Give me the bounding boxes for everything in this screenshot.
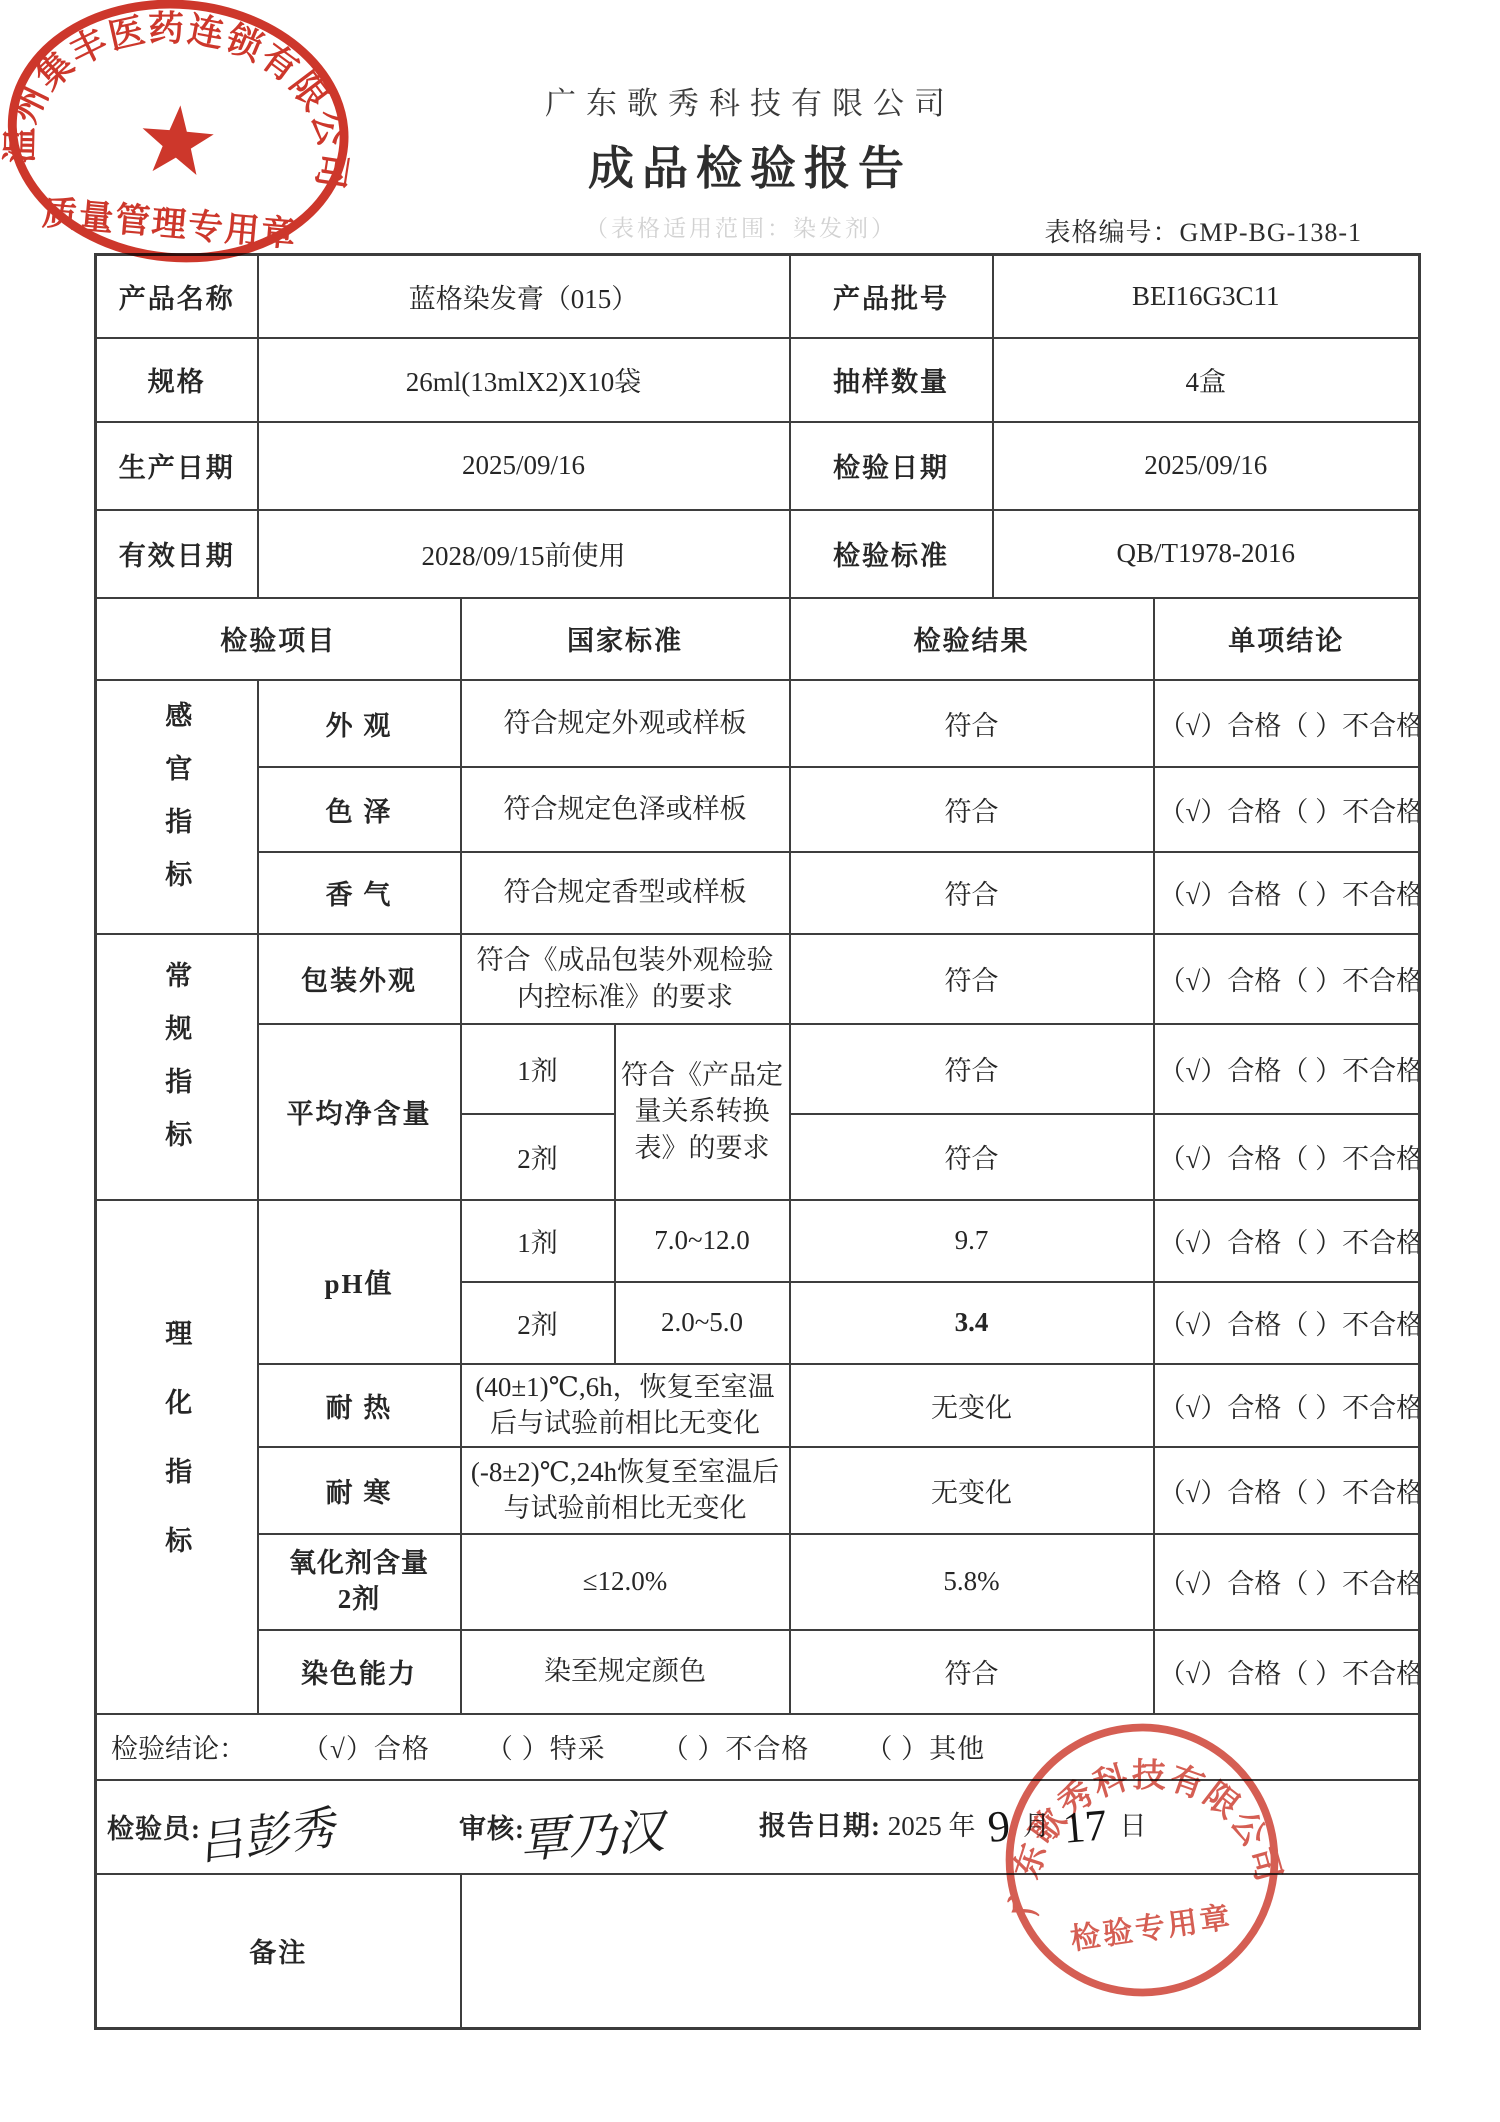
standard-cell: (-8±2)℃,24h恢复至室温后与试验前相比无变化 bbox=[461, 1447, 790, 1534]
group-sensory: 感官指标 bbox=[96, 680, 258, 934]
prod-date-label: 生产日期 bbox=[96, 422, 258, 510]
result-cell: 符合 bbox=[790, 1024, 1154, 1114]
company-name: 广东歌秀科技有限公司 bbox=[0, 78, 1500, 123]
sub-item-agent1: 1剂 bbox=[461, 1024, 615, 1114]
form-scope-note: （表格适用范围：染发剂） bbox=[585, 210, 897, 243]
standard-cell: 7.0~12.0 bbox=[615, 1200, 790, 1282]
inspector-label: 检验员: bbox=[107, 1807, 201, 1846]
table-row: 氧化剂含量2剂 ≤12.0% 5.8% （√）合格（ ）不合格 bbox=[96, 1534, 1420, 1630]
standard-label: 检验标准 bbox=[790, 510, 993, 598]
item-net-content: 平均净含量 bbox=[258, 1024, 461, 1200]
inspector-signature: 吕彭秀 bbox=[200, 1790, 340, 1874]
item-heat-resistance: 耐 热 bbox=[258, 1364, 461, 1447]
item-color: 色 泽 bbox=[258, 767, 461, 852]
item-dyeing-ability: 染色能力 bbox=[258, 1630, 461, 1714]
conclusion-cell: （√）合格（ ）不合格 bbox=[1154, 1114, 1420, 1200]
inspect-date-label: 检验日期 bbox=[790, 422, 993, 510]
header-standard: 国家标准 bbox=[461, 598, 790, 680]
conclusion-cell: （√）合格（ ）不合格 bbox=[1154, 680, 1420, 767]
batch-no-label: 产品批号 bbox=[790, 255, 993, 338]
table-row: 感官指标 外 观 符合规定外观或样板 符合 （√）合格（ ）不合格 bbox=[96, 680, 1420, 767]
conclusion-cell: （√）合格（ ）不合格 bbox=[1154, 934, 1420, 1024]
conclusion-cell: （√）合格（ ）不合格 bbox=[1154, 1024, 1420, 1114]
conclusion-cell: （√）合格（ ）不合格 bbox=[1154, 1200, 1420, 1282]
report-date-month: 9 bbox=[986, 1800, 1012, 1853]
reviewer-label: 审核: bbox=[459, 1807, 525, 1846]
header-conclusion: 单项结论 bbox=[1154, 598, 1420, 680]
sample-qty-value: 4盒 bbox=[993, 338, 1420, 422]
item-oxidant-content: 氧化剂含量2剂 bbox=[258, 1534, 461, 1630]
conclusion-option-concession: （ ）特采 bbox=[486, 1727, 606, 1766]
remark-label: 备注 bbox=[96, 1874, 461, 2029]
conclusion-cell: （√）合格（ ）不合格 bbox=[1154, 1282, 1420, 1364]
overall-conclusion-cell: 检验结论： （√）合格 （ ）特采 （ ）不合格 （ ）其他 bbox=[96, 1714, 1420, 1780]
conclusion-option-pass: （√）合格 bbox=[302, 1727, 430, 1766]
table-row: 耐 寒 (-8±2)℃,24h恢复至室温后与试验前相比无变化 无变化 （√）合格… bbox=[96, 1447, 1420, 1534]
result-cell: 符合 bbox=[790, 680, 1154, 767]
report-date-label: 报告日期: bbox=[759, 1811, 881, 1841]
group-regular: 常规指标 bbox=[96, 934, 258, 1200]
result-cell: 符合 bbox=[790, 767, 1154, 852]
form-number: 表格编号：GMP-BG-138-1 bbox=[1045, 212, 1362, 249]
table-row: 常规指标 包装外观 符合《成品包装外观检验内控标准》的要求 符合 （√）合格（ … bbox=[96, 934, 1420, 1024]
table-row: 香 气 符合规定香型或样板 符合 （√）合格（ ）不合格 bbox=[96, 852, 1420, 934]
inspection-report-table: 产品名称 蓝格染发膏（015） 产品批号 BEI16G3C11 规格 26ml(… bbox=[94, 253, 1421, 2030]
item-cold-resistance: 耐 寒 bbox=[258, 1447, 461, 1534]
info-row-product: 产品名称 蓝格染发膏（015） 产品批号 BEI16G3C11 bbox=[96, 255, 1420, 338]
result-cell: 符合 bbox=[790, 852, 1154, 934]
conclusion-cell: （√）合格（ ）不合格 bbox=[1154, 1534, 1420, 1630]
batch-no-value: BEI16G3C11 bbox=[993, 255, 1420, 338]
sub-item-agent2: 2剂 bbox=[461, 1282, 615, 1364]
page-title: 成品检验报告 bbox=[0, 132, 1500, 198]
conclusion-cell: （√）合格（ ）不合格 bbox=[1154, 1364, 1420, 1447]
table-row: 平均净含量 1剂 符合《产品定量关系转换表》的要求 符合 （√）合格（ ）不合格 bbox=[96, 1024, 1420, 1114]
standard-cell: 染至规定颜色 bbox=[461, 1630, 790, 1714]
sample-qty-label: 抽样数量 bbox=[790, 338, 993, 422]
info-row-dates: 生产日期 2025/09/16 检验日期 2025/09/16 bbox=[96, 422, 1420, 510]
report-date-year: 2025 bbox=[888, 1811, 942, 1841]
spec-value: 26ml(13mlX2)X10袋 bbox=[258, 338, 790, 422]
report-date-day: 17 bbox=[1061, 1799, 1109, 1854]
conclusion-label: 检验结论： bbox=[111, 1727, 246, 1766]
conclusion-option-fail: （ ）不合格 bbox=[662, 1727, 810, 1766]
item-appearance: 外 观 bbox=[258, 680, 461, 767]
result-cell: 3.4 bbox=[790, 1282, 1154, 1364]
conclusion-cell: （√）合格（ ）不合格 bbox=[1154, 767, 1420, 852]
stamp-bottom-text: 质量管理专用章 bbox=[41, 193, 300, 254]
result-cell: 无变化 bbox=[790, 1364, 1154, 1447]
table-row: 色 泽 符合规定色泽或样板 符合 （√）合格（ ）不合格 bbox=[96, 767, 1420, 852]
month-unit: 月 bbox=[1023, 1811, 1050, 1841]
result-cell: 无变化 bbox=[790, 1447, 1154, 1534]
result-cell: 符合 bbox=[790, 934, 1154, 1024]
conclusion-option-other: （ ）其他 bbox=[865, 1727, 985, 1766]
product-name-label: 产品名称 bbox=[96, 255, 258, 338]
result-cell: 符合 bbox=[790, 1630, 1154, 1714]
standard-cell: 符合规定色泽或样板 bbox=[461, 767, 790, 852]
conclusion-cell: （√）合格（ ）不合格 bbox=[1154, 1630, 1420, 1714]
signature-cell: 检验员: 吕彭秀 审核: 覃乃汉 报告日期: 2025 年 9 月 17 日 bbox=[96, 1780, 1420, 1874]
standard-cell: (40±1)℃,6h，恢复至室温后与试验前相比无变化 bbox=[461, 1364, 790, 1447]
prod-date-value: 2025/09/16 bbox=[258, 422, 790, 510]
sub-item-agent2: 2剂 bbox=[461, 1114, 615, 1200]
inspect-date-value: 2025/09/16 bbox=[993, 422, 1420, 510]
expiry-label: 有效日期 bbox=[96, 510, 258, 598]
reviewer-signature: 覃乃汉 bbox=[519, 1791, 675, 1871]
table-row: 染色能力 染至规定颜色 符合 （√）合格（ ）不合格 bbox=[96, 1630, 1420, 1714]
expiry-value: 2028/09/15前使用 bbox=[258, 510, 790, 598]
spec-label: 规格 bbox=[96, 338, 258, 422]
standard-cell: 符合《成品包装外观检验内控标准》的要求 bbox=[461, 934, 790, 1024]
conclusion-cell: （√）合格（ ）不合格 bbox=[1154, 852, 1420, 934]
standard-cell: 2.0~5.0 bbox=[615, 1282, 790, 1364]
year-unit: 年 bbox=[949, 1811, 976, 1841]
remark-value bbox=[461, 1874, 1420, 2029]
item-fragrance: 香 气 bbox=[258, 852, 461, 934]
table-row: 理化指标 pH值 1剂 7.0~12.0 9.7 （√）合格（ ）不合格 bbox=[96, 1200, 1420, 1282]
result-cell: 5.8% bbox=[790, 1534, 1154, 1630]
standard-cell: ≤12.0% bbox=[461, 1534, 790, 1630]
table-header-row: 检验项目 国家标准 检验结果 单项结论 bbox=[96, 598, 1420, 680]
product-name-value: 蓝格染发膏（015） bbox=[258, 255, 790, 338]
header-result: 检验结果 bbox=[790, 598, 1154, 680]
conclusion-row: 检验结论： （√）合格 （ ）特采 （ ）不合格 （ ）其他 bbox=[96, 1714, 1420, 1780]
conclusion-cell: （√）合格（ ）不合格 bbox=[1154, 1447, 1420, 1534]
day-unit: 日 bbox=[1120, 1811, 1147, 1841]
standard-cell: 符合规定外观或样板 bbox=[461, 680, 790, 767]
header-item: 检验项目 bbox=[96, 598, 461, 680]
info-row-spec: 规格 26ml(13mlX2)X10袋 抽样数量 4盒 bbox=[96, 338, 1420, 422]
item-packaging: 包装外观 bbox=[258, 934, 461, 1024]
table-row: 耐 热 (40±1)℃,6h，恢复至室温后与试验前相比无变化 无变化 （√）合格… bbox=[96, 1364, 1420, 1447]
sub-item-agent1: 1剂 bbox=[461, 1200, 615, 1282]
standard-cell: 符合《产品定量关系转换表》的要求 bbox=[615, 1024, 790, 1200]
result-cell: 符合 bbox=[790, 1114, 1154, 1200]
info-row-expiry: 有效日期 2028/09/15前使用 检验标准 QB/T1978-2016 bbox=[96, 510, 1420, 598]
standard-value: QB/T1978-2016 bbox=[993, 510, 1420, 598]
result-cell: 9.7 bbox=[790, 1200, 1154, 1282]
group-physchem: 理化指标 bbox=[96, 1200, 258, 1714]
item-ph: pH值 bbox=[258, 1200, 461, 1364]
remark-row: 备注 bbox=[96, 1874, 1420, 2029]
signature-row: 检验员: 吕彭秀 审核: 覃乃汉 报告日期: 2025 年 9 月 17 日 bbox=[96, 1780, 1420, 1874]
standard-cell: 符合规定香型或样板 bbox=[461, 852, 790, 934]
